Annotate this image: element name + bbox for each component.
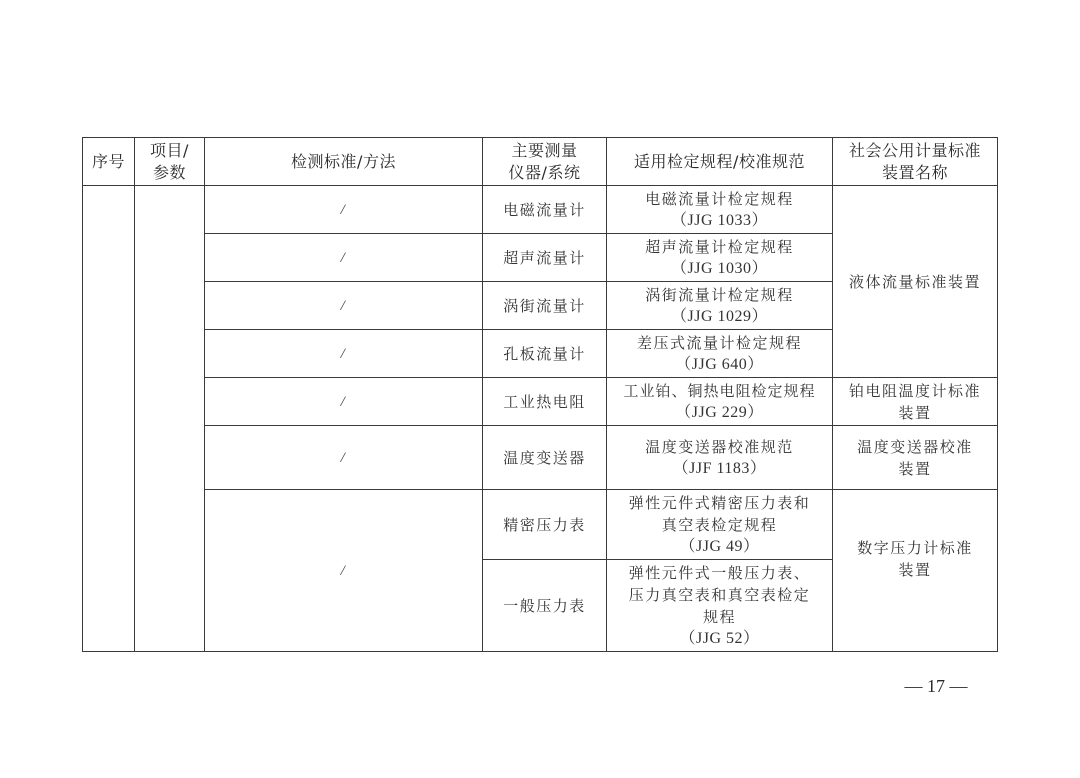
method-value: / (341, 298, 347, 314)
device-name-line1: 数字压力计标准 (837, 537, 993, 559)
method-value: / (341, 394, 347, 410)
device-cell-platinum: 铂电阻温度计标准 装置 (833, 378, 998, 426)
method-cell: / (205, 234, 483, 282)
regulation-cell: 弹性元件式精密压力表和 真空表检定规程 （JJG 49） (607, 490, 833, 560)
regulation-name: 电磁流量计检定规程 (611, 188, 828, 210)
regulation-name: 温度变送器校准规范 (611, 436, 828, 458)
instrument-cell: 孔板流量计 (483, 330, 607, 378)
table-row: / 温度变送器 温度变送器校准规范 （JJF 1183） 温度变送器校准 装置 (83, 426, 998, 490)
regulation-name-line1: 弹性元件式一般压力表、 (611, 562, 828, 584)
regulation-code: （JJG 49） (611, 536, 828, 558)
regulation-cell: 超声流量计检定规程 （JJG 1030） (607, 234, 833, 282)
header-item: 项目/ 参数 (135, 138, 205, 186)
header-instrument-line2: 仪器/系统 (487, 162, 602, 184)
regulation-cell: 电磁流量计检定规程 （JJG 1033） (607, 186, 833, 234)
regulation-cell: 工业铂、铜热电阻检定规程 （JJG 229） (607, 378, 833, 426)
method-cell: / (205, 186, 483, 234)
regulation-code: （JJG 1030） (611, 258, 828, 280)
instrument-cell: 涡街流量计 (483, 282, 607, 330)
regulation-cell: 差压式流量计检定规程 （JJG 640） (607, 330, 833, 378)
header-seq: 序号 (83, 138, 135, 186)
method-value: / (341, 250, 347, 266)
method-cell: / (205, 282, 483, 330)
instrument-cell: 温度变送器 (483, 426, 607, 490)
document-page: 序号 项目/ 参数 检测标准/方法 主要测量 仪器/系统 适用检定规程/校准规范… (0, 0, 1080, 778)
header-row: 序号 项目/ 参数 检测标准/方法 主要测量 仪器/系统 适用检定规程/校准规范… (83, 138, 998, 186)
regulation-name-line2: 真空表检定规程 (611, 514, 828, 536)
table-row: / 精密压力表 弹性元件式精密压力表和 真空表检定规程 （JJG 49） 数字压… (83, 490, 998, 560)
device-cell-pressure: 数字压力计标准 装置 (833, 490, 998, 652)
instrument-cell: 超声流量计 (483, 234, 607, 282)
method-value: / (341, 563, 347, 579)
regulation-code: （JJG 1033） (611, 210, 828, 232)
header-device-line2: 装置名称 (837, 162, 993, 184)
header-device: 社会公用计量标准 装置名称 (833, 138, 998, 186)
method-value: / (341, 346, 347, 362)
device-name-line1: 温度变送器校准 (837, 436, 993, 458)
device-name-line2: 装置 (837, 559, 993, 581)
standards-table: 序号 项目/ 参数 检测标准/方法 主要测量 仪器/系统 适用检定规程/校准规范… (82, 137, 998, 652)
header-device-line1: 社会公用计量标准 (837, 140, 993, 162)
header-instrument: 主要测量 仪器/系统 (483, 138, 607, 186)
method-cell: / (205, 330, 483, 378)
instrument-cell: 一般压力表 (483, 560, 607, 652)
header-instrument-line1: 主要测量 (487, 140, 602, 162)
regulation-cell: 温度变送器校准规范 （JJF 1183） (607, 426, 833, 490)
device-name-line2: 装置 (837, 458, 993, 480)
method-cell: / (205, 378, 483, 426)
method-value: / (341, 202, 347, 218)
regulation-code: （JJG 1029） (611, 306, 828, 328)
device-cell-liquid-flow: 液体流量标准装置 (833, 186, 998, 378)
item-cell (135, 186, 205, 652)
seq-cell (83, 186, 135, 652)
device-cell-transmitter: 温度变送器校准 装置 (833, 426, 998, 490)
table-row: / 工业热电阻 工业铂、铜热电阻检定规程 （JJG 229） 铂电阻温度计标准 … (83, 378, 998, 426)
regulation-cell: 弹性元件式一般压力表、 压力真空表和真空表检定 规程 （JJG 52） (607, 560, 833, 652)
method-value: / (341, 450, 347, 466)
header-item-line2: 参数 (139, 162, 200, 184)
regulation-name: 差压式流量计检定规程 (611, 332, 828, 354)
header-regulation: 适用检定规程/校准规范 (607, 138, 833, 186)
header-method: 检测标准/方法 (205, 138, 483, 186)
table-row: / 电磁流量计 电磁流量计检定规程 （JJG 1033） 液体流量标准装置 (83, 186, 998, 234)
regulation-name-line1: 弹性元件式精密压力表和 (611, 492, 828, 514)
instrument-cell: 精密压力表 (483, 490, 607, 560)
regulation-code: （JJG 52） (611, 628, 828, 650)
header-item-line1: 项目/ (139, 140, 200, 162)
regulation-name: 工业铂、铜热电阻检定规程 (611, 380, 828, 402)
instrument-cell: 工业热电阻 (483, 378, 607, 426)
device-name-line2: 装置 (837, 402, 993, 424)
regulation-cell: 涡街流量计检定规程 （JJG 1029） (607, 282, 833, 330)
method-cell: / (205, 490, 483, 652)
regulation-code: （JJF 1183） (611, 458, 828, 480)
instrument-cell: 电磁流量计 (483, 186, 607, 234)
page-number: — 17 — (896, 676, 976, 697)
regulation-code: （JJG 640） (611, 354, 828, 376)
regulation-name: 涡街流量计检定规程 (611, 284, 828, 306)
regulation-name-line3: 规程 (611, 606, 828, 628)
regulation-name: 超声流量计检定规程 (611, 236, 828, 258)
regulation-code: （JJG 229） (611, 402, 828, 424)
regulation-name-line2: 压力真空表和真空表检定 (611, 584, 828, 606)
device-name-line1: 铂电阻温度计标准 (837, 380, 993, 402)
method-cell: / (205, 426, 483, 490)
